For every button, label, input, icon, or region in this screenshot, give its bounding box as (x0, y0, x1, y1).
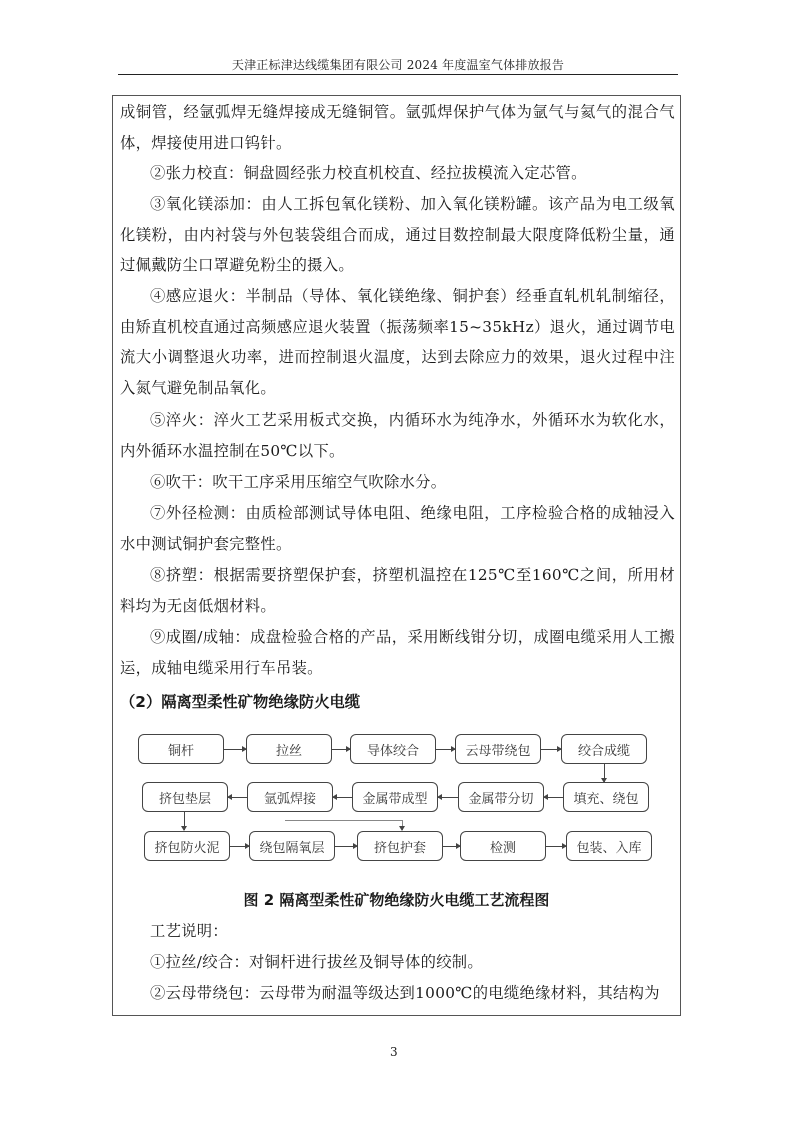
flow-arrow (436, 749, 455, 750)
process-item-mica-wrapping: ②云母带绕包：云母带为耐温等级达到1000℃的电缆绝缘材料，其结构为 (120, 978, 675, 1009)
flow-arrow (438, 797, 458, 798)
flow-arrow (228, 797, 247, 798)
flow-box-packaging-storage: 包装、入库 (566, 831, 652, 861)
flow-arrow (544, 797, 563, 798)
flow-box-fireproof-mud: 挤包防火泥 (144, 831, 230, 861)
flow-arrow (230, 846, 249, 847)
flow-arrow (335, 846, 357, 847)
paragraph-continuation: 成铜管，经氩弧焊无缝焊接成无缝铜管。氩弧焊保护气体为氩气与氦气的混合气体，焊接使… (120, 97, 675, 158)
figure-caption: 图 2 隔离型柔性矿物绝缘防火电缆工艺流程图 (112, 889, 681, 910)
flow-arrow (332, 749, 350, 750)
flow-arrow (184, 812, 185, 830)
flow-arrow (224, 749, 246, 750)
flow-connector (285, 820, 403, 821)
flow-box-conductor-stranding: 导体绞合 (350, 734, 436, 764)
flow-box-extruded-bedding: 挤包垫层 (142, 782, 228, 812)
flow-arrow (604, 764, 605, 782)
flow-box-extruded-sheath: 挤包护套 (357, 831, 443, 861)
paragraph-magnesium-oxide: ③氧化镁添加：由人工拆包氧化镁粉、加入氧化镁粉罐。该产品为电工级氧化镁粉，由内衬… (120, 189, 675, 281)
flow-box-metal-tape-slitting: 金属带分切 (458, 782, 544, 812)
process-item-drawing-stranding: ①拉丝/绞合：对铜杆进行拔丝及铜导体的绞制。 (120, 947, 675, 978)
paragraph-quenching: ⑤淬火：淬火工艺采用板式交换，内循环水为纯净水，外循环水为软化水，内外循环水温控… (120, 405, 675, 466)
flow-box-copper-rod: 铜杆 (138, 734, 224, 764)
flow-arrow (402, 820, 403, 830)
flow-box-wire-drawing: 拉丝 (246, 734, 332, 764)
flow-box-mica-tape-wrapping: 云母带绕包 (455, 734, 541, 764)
flow-box-oxygen-barrier: 绕包隔氧层 (249, 831, 335, 861)
paragraph-diameter-inspection: ⑦外径检测：由质检部测试导体电阻、绝缘电阻，工序检验合格的成轴浸入水中测试铜护套… (120, 498, 675, 559)
flow-box-testing: 检测 (460, 831, 546, 861)
flow-arrow (443, 846, 460, 847)
flow-box-metal-tape-forming: 金属带成型 (352, 782, 438, 812)
paragraph-coiling: ⑨成圈/成轴：成盘检验合格的产品，采用断线钳分切，成圈电缆采用人工搬运，成轴电缆… (120, 622, 675, 683)
paragraph-induction-annealing: ④感应退火：半制品（导体、氧化镁绝缘、铜护套）经垂直轧机轧制缩径，由矫直机校直通… (120, 281, 675, 403)
page-header-title: 天津正标津达线缆集团有限公司 2024 年度温室气体排放报告 (118, 56, 678, 73)
paragraph-tension-straightening: ②张力校直：铜盘圆经张力校直机校直、经拉拔模流入定芯管。 (120, 158, 675, 189)
process-description-label: 工艺说明： (120, 916, 675, 947)
section-title: （2）隔离型柔性矿物绝缘防火电缆 (120, 690, 360, 712)
flow-box-filling-wrapping: 填充、绕包 (563, 782, 649, 812)
flow-arrow (546, 846, 566, 847)
paragraph-drying: ⑥吹干：吹干工序采用压缩空气吹除水分。 (120, 467, 675, 498)
paragraph-extrusion: ⑧挤塑：根据需要挤塑保护套，挤塑机温控在125℃至160℃之间，所用材料均为无卤… (120, 560, 675, 621)
flow-arrow (541, 749, 561, 750)
flow-arrow (333, 797, 352, 798)
flow-box-cabling: 绞合成缆 (561, 734, 647, 764)
header-rule (118, 74, 678, 75)
page-number: 3 (390, 1045, 398, 1059)
flow-box-argon-arc-welding: 氩弧焊接 (247, 782, 333, 812)
